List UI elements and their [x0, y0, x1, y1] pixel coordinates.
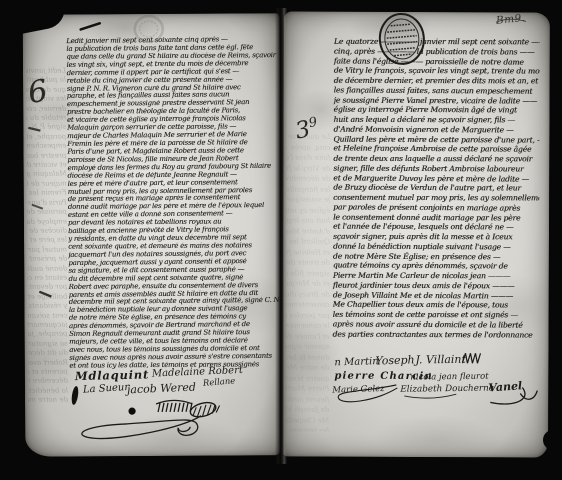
- manuscript-line: jacquemart l'un des notaires soussignés,…: [28, 320, 68, 330]
- manuscript-line: consentement mutuel par moy pris, les ay…: [333, 193, 539, 203]
- manuscript-line: huit ans lequel a déclaré ne sçavoir sig…: [333, 115, 539, 125]
- manuscript-line: mutuel par moy pris, les ay solemnelleme…: [27, 245, 67, 255]
- manuscript-line: et Heleine françoise Ambroise de cette p…: [286, 247, 330, 258]
- manuscript-line: Me Chapellier tous deux amis de l'épouse…: [285, 415, 329, 426]
- manuscript-line: de Bruzy diocèse de Verdun de l'autre pa…: [286, 289, 330, 300]
- manuscript-line: donné la bénédiction nuptiale suivant l'…: [285, 352, 329, 363]
- paraph-flourish: [82, 416, 202, 439]
- manuscript-line: Paris d'une part, et Magdelaine Robert a…: [67, 147, 278, 157]
- manuscript-line: parents et amis assemblés audit St hilai…: [28, 368, 68, 378]
- manuscript-line: donné audit mariage par les père et mère…: [27, 264, 67, 274]
- manuscript-line: de trente deux ans laquelle a aussi décl…: [333, 154, 539, 164]
- margin-mark: [32, 205, 43, 209]
- manuscript-line: retable du cinq janvier de cette présent…: [26, 114, 66, 124]
- manuscript-line: de Joseph Villaint Me et de nicolas Mart…: [333, 290, 539, 301]
- binding-gutter: [275, 8, 287, 464]
- manuscript-line: faite dans l'église ——— paroissielle de …: [334, 56, 540, 67]
- ink-blot: [71, 386, 80, 406]
- manuscript-line: du dit décembre mil sept cent soixante q…: [28, 349, 68, 359]
- signature-groom: Mdlaquint: [75, 367, 150, 383]
- manuscript-line: par devant les notaires et tabellions ro…: [27, 283, 67, 293]
- manuscript-line: estant en cette ville a donné son consen…: [27, 273, 67, 283]
- manuscript-line: donné la bénédiction nuptiale suivant l'…: [333, 241, 539, 252]
- right-page: Le quatorze ————— janvier mil sept cent …: [282, 11, 550, 457]
- manuscript-line: par paroles de présent conjoints en mari…: [333, 202, 539, 213]
- manuscript-line: signé P. N. R. Vigneron curé du grand St…: [26, 123, 66, 133]
- manuscript-line: que dans celle du grand St hilaire au di…: [66, 52, 277, 62]
- signature-witness: jacob Wered: [127, 381, 197, 397]
- manuscript-line: empeschement je soussigné prestre desser…: [26, 142, 66, 152]
- manuscript-line: de trente deux ans laquelle a aussi décl…: [286, 257, 330, 268]
- manuscript-line: cinq, après ————— la publication de troi…: [286, 142, 330, 153]
- signature-witness: Rellane: [203, 376, 236, 388]
- priest-signature-hatch: [156, 400, 192, 412]
- archive-scan-viewport: Ledit janvier mil sept cent soixante cin…: [0, 0, 562, 480]
- manuscript-line: Malaquin garçon serrurier de cette paroi…: [27, 170, 67, 180]
- manuscript-line: huit ans lequel a déclaré ne sçavoir sig…: [286, 215, 330, 226]
- manuscript-line: Pierre Martin Me Carleur de nicolas jean…: [333, 271, 539, 281]
- manuscript-line: de Vitry le françois, sçavoir les vingt …: [286, 163, 330, 174]
- manuscript-line: sçavoir signer, puis après dit la messe …: [333, 232, 539, 242]
- manuscript-line: les fiançailles aussi faites, sans aucun…: [334, 85, 540, 96]
- left-page: Ledit janvier mil sept cent soixante cin…: [23, 13, 283, 457]
- manuscript-line: cinq, après ————— la publication de troi…: [334, 46, 540, 57]
- margin-mark: [39, 292, 51, 297]
- manuscript-line: diocèse de Reims et de défunte Jeanne Re…: [68, 171, 279, 181]
- manuscript-line: prestre bachelier en théologie de la fac…: [26, 151, 66, 161]
- manuscript-line: d'André Monvoisin vigneron et de Marguer…: [286, 226, 330, 237]
- manuscript-line: église ay interrogé Pierre Monvoisin âgé…: [286, 205, 330, 216]
- manuscript-line: les père et mère d'autre part, et leur c…: [27, 236, 67, 246]
- manuscript-line: fleurot jardinier tous deux amis de l'ép…: [333, 280, 539, 291]
- manuscript-line: Paris d'une part, et Magdelaine Robert a…: [27, 198, 67, 208]
- manuscript-line: et de Marguerite Duvoy les père et mère …: [286, 278, 330, 289]
- manuscript-line: faite dans l'église ——— paroissielle de …: [286, 152, 330, 163]
- manuscript-line: de Joseph Villaint Me et de nicolas Mart…: [285, 404, 329, 415]
- pen-mark: [81, 23, 100, 29]
- manuscript-line: Le quatorze ————— janvier mil sept cent …: [334, 37, 540, 47]
- manuscript-line: Robert avec paraphe, ensuite du consente…: [28, 358, 68, 368]
- signature-witness: Marie Gelez: [332, 384, 385, 396]
- manuscript-line: retable du cinq janvier de cette présent…: [67, 76, 278, 86]
- manuscript-line: quatre témoins cy après dénommés, sçavoi…: [285, 373, 329, 384]
- margin-mark: [28, 128, 40, 131]
- manuscript-line: cent soixante quatre, et demeuré ès main…: [68, 242, 279, 252]
- ink-bleedthrough: Ledit janvier mil sept cent soixante cin…: [26, 67, 68, 405]
- manuscript-line: majeur de Charles Malaquin Me serrurier …: [27, 179, 67, 189]
- manuscript-line: Pierre Martin Me Carleur de nicolas jean…: [285, 383, 329, 394]
- manuscript-line: et de Marguerite Duvoy les père et mère …: [333, 173, 539, 184]
- manuscript-line: les témoins sont de cette paroisse et on…: [285, 425, 329, 431]
- manuscript-line: de présent reçus en mariage après le con…: [27, 255, 67, 265]
- manuscript-line: signer, fille des défunts Robert Ambrois…: [286, 268, 330, 279]
- manuscript-text-block: Le quatorze ————— janvier mil sept cent …: [333, 37, 540, 344]
- signature-witness: La Sueur: [83, 382, 130, 396]
- manuscript-line: par paroles de présent conjoints en mari…: [286, 310, 330, 321]
- manuscript-line: décembre mil sept cent soixante quatre a…: [28, 377, 68, 387]
- signature-witness: n Martin: [334, 356, 379, 368]
- manuscript-line: bailliage et ancienne prévôté de Vitry l…: [27, 292, 67, 302]
- manuscript-line: les témoins sont de cette paroisse et on…: [333, 310, 539, 320]
- signature-witness: Yoseph: [375, 353, 415, 367]
- manuscript-line: Fremin les père et mère de la paroisse d…: [27, 189, 67, 199]
- manuscript-line: le consentement donné audit mariage par …: [286, 320, 330, 331]
- margin-act-number: 39: [293, 114, 321, 144]
- manuscript-line: Quillard les père et mère de cette paroi…: [286, 236, 330, 247]
- signature-witness: Elizabeth Doucherne: [400, 384, 494, 395]
- manuscript-line: après nous avoir assuré du domicile et d…: [333, 319, 539, 330]
- manuscript-line: de notre Mère Ste Église; en présence de…: [285, 362, 329, 373]
- manuscript-text-block: Ledit janvier mil sept cent soixante cin…: [66, 36, 280, 372]
- manuscript-line: fleurot jardinier tous deux amis de l'ép…: [285, 394, 329, 405]
- ink-bleedthrough: Le quatorze ————— janvier mil sept cent …: [285, 131, 330, 431]
- signature-witness: J. Villaint: [415, 353, 466, 367]
- manuscript-line: sa signature, et le dit consentement aus…: [28, 339, 68, 349]
- manuscript-line: de notre mère Ste église, en présence de…: [28, 396, 68, 405]
- manuscript-line: signer, fille des défunts Robert Ambrois…: [333, 163, 539, 174]
- manuscript-line: y résidants, en datte du vingt deux déce…: [27, 302, 67, 312]
- folio-mark: Bm9.: [495, 12, 526, 27]
- manuscript-line: cent soixante quatre, et demeuré ès main…: [27, 311, 67, 321]
- manuscript-line: consentement mutuel par moy pris, les ay…: [286, 299, 330, 310]
- signature-witness: nicola jean fleurot: [410, 372, 488, 383]
- hatched-oval-paraph: [189, 399, 221, 419]
- manuscript-line: de décembre dernier, et premier des dits…: [334, 76, 540, 86]
- manuscript-line: paraphe, et les fiançailles aussi faites…: [26, 132, 66, 142]
- margin-act-number: 6: [25, 73, 50, 111]
- manuscript-line: la bénédiction nuptiale leur ay donnée s…: [28, 386, 68, 396]
- manuscript-line: majeurs, de cette ville, et tous les tém…: [69, 337, 280, 347]
- manuscript-line: et vicaire de cette église ay interrogé …: [27, 161, 67, 171]
- manuscript-line: paroisse de St Nicolas, fille mineure de…: [27, 208, 67, 218]
- manuscript-line: d'André Monvoisin vigneron et de Marguer…: [333, 124, 539, 135]
- manuscript-line: diocèse de Reims et de défunte Jeanne Re…: [27, 226, 67, 236]
- margin-number-sup: 9: [307, 115, 318, 131]
- manuscript-line: sçavoir signer, puis après dit la messe …: [285, 341, 329, 352]
- manuscript-line: les fiançailles aussi faites, sans aucun…: [286, 184, 330, 195]
- manuscript-line: des parties contractantes aux termes de …: [333, 329, 539, 340]
- manuscript-line: employé dans les fermes du Roy au grand …: [27, 217, 67, 227]
- manuscript-line: parents et amis assemblés audit St hilai…: [69, 289, 280, 299]
- manuscript-line: et l'année de l'épouse, lesquels ont déc…: [286, 331, 330, 342]
- manuscript-line: de décembre dernier, et premier des dits…: [286, 173, 330, 184]
- ink-dot: [128, 408, 135, 415]
- manuscript-line: paraphe, jacquemart aussi y ayant consen…: [28, 330, 68, 340]
- manuscript-line: sa signature, et le dit consentement aus…: [68, 266, 279, 276]
- signature-vicar: Vanel: [488, 379, 523, 394]
- manuscript-line: je soussigné Pierre Vanel prestre, vicai…: [286, 194, 330, 205]
